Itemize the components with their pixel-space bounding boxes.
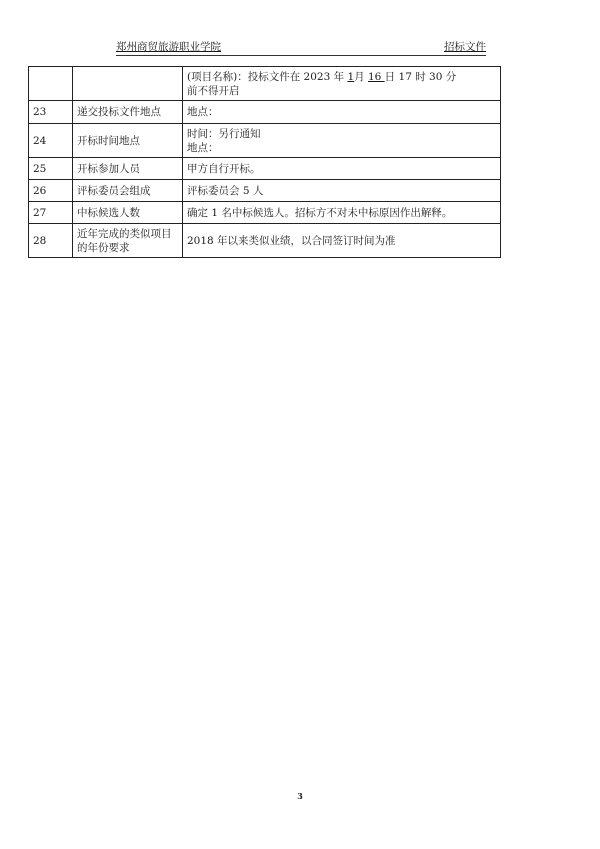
table-row: 25 开标参加人员 甲方自行开标。 xyxy=(29,158,501,180)
row-item: 评标委员会组成 xyxy=(73,180,183,202)
row-item: 中标候选人数 xyxy=(73,202,183,224)
row-content: 2018 年以来类似业绩，以合同签订时间为准 xyxy=(183,224,501,258)
day-value: 16 xyxy=(368,71,385,83)
content-text: 前不得开启 xyxy=(187,85,240,97)
row-number: 23 xyxy=(29,101,73,124)
table-row: 26 评标委员会组成 评标委员会 5 人 xyxy=(29,180,501,202)
content-text: 月 xyxy=(354,71,368,83)
page-header: 郑州商贸旅游职业学院 招标文件 xyxy=(116,41,486,56)
row-content: 评标委员会 5 人 xyxy=(183,180,501,202)
row-item: 开标参加人员 xyxy=(73,158,183,180)
row-number: 27 xyxy=(29,202,73,224)
row-number: 28 xyxy=(29,224,73,258)
table-row: 27 中标候选人数 确定 1 名中标候选人。招标方不对未中标原因作出解释。 xyxy=(29,202,501,224)
row-item: 开标时间地点 xyxy=(73,124,183,158)
content-text: 地点： xyxy=(187,142,219,154)
content-text: 时间：另行通知 xyxy=(187,128,261,140)
page-number: 3 xyxy=(0,791,600,801)
row-content: 确定 1 名中标候选人。招标方不对未中标原因作出解释。 xyxy=(183,202,501,224)
header-doc-type: 招标文件 xyxy=(444,41,486,54)
row-number xyxy=(29,67,73,101)
row-item: 近年完成的类似项目的年份要求 xyxy=(73,224,183,258)
row-number: 25 xyxy=(29,158,73,180)
row-content: 时间：另行通知 地点： xyxy=(183,124,501,158)
row-number: 24 xyxy=(29,124,73,158)
row-item xyxy=(73,67,183,101)
table-row: 24 开标时间地点 时间：另行通知 地点： xyxy=(29,124,501,158)
row-content: (项目名称)：投标文件在 2023 年 1月 16 日 17 时 30 分 前不… xyxy=(183,67,501,101)
content-text: 日 17 时 30 分 xyxy=(385,71,457,83)
header-institution: 郑州商贸旅游职业学院 xyxy=(116,41,221,54)
row-number: 26 xyxy=(29,180,73,202)
table-row: (项目名称)：投标文件在 2023 年 1月 16 日 17 时 30 分 前不… xyxy=(29,67,501,101)
row-item: 递交投标文件地点 xyxy=(73,101,183,124)
content-text: (项目名称)：投标文件在 2023 年 xyxy=(187,71,347,83)
bid-info-table: (项目名称)：投标文件在 2023 年 1月 16 日 17 时 30 分 前不… xyxy=(28,66,501,258)
row-content: 地点： xyxy=(183,101,501,124)
table-row: 28 近年完成的类似项目的年份要求 2018 年以来类似业绩，以合同签订时间为准 xyxy=(29,224,501,258)
table-row: 23 递交投标文件地点 地点： xyxy=(29,101,501,124)
row-content: 甲方自行开标。 xyxy=(183,158,501,180)
